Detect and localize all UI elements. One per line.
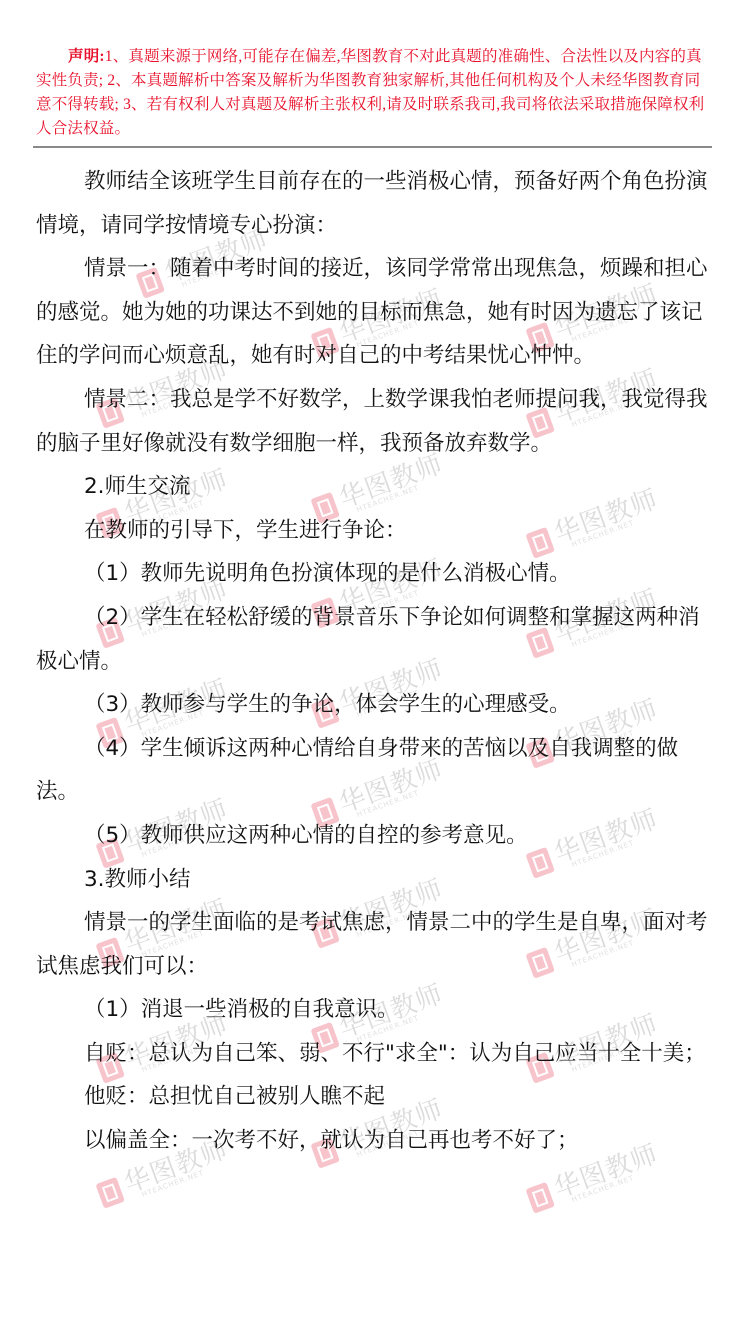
header-divider (33, 146, 712, 148)
section-heading-teacher-summary: 3.教师小结 (36, 858, 716, 902)
paragraph-overgeneralization: 以偏盖全：一次考不好，就认为自己再也考不好了； (36, 1119, 716, 1163)
watermark-subtext: HTEACHER.NET (141, 1169, 206, 1199)
list-item: （1）教师先说明角色扮演体现的是什么消极心情。 (36, 552, 716, 596)
list-item: （1）消退一些消极的自我意识。 (36, 988, 716, 1032)
disclaimer-text: 1、真题来源于网络,可能存在偏差,华图教育不对此真题的准确性、合法性以及内容的真… (36, 48, 704, 137)
list-item: （5）教师供应这两种心情的自控的参考意见。 (36, 814, 716, 858)
disclaimer-label: 声明: (68, 48, 105, 65)
paragraph-self-depreciation: 自贬：总认为自己笨、弱、不行"求全"：认为自己应当十全十美； (36, 1032, 716, 1076)
paragraph-discussion-intro: 在教师的引导下，学生进行争论： (36, 509, 716, 553)
paragraph-scenario-two: 情景二：我总是学不好数学，上数学课我怕老师提问我，我觉得我的脑子里好像就没有数学… (36, 378, 716, 465)
watermark-subtext: HTEACHER.NET (571, 1174, 636, 1204)
section-heading-teacher-student-exchange: 2.师生交流 (36, 465, 716, 509)
paragraph-intro: 教师结全该班学生目前存在的一些消极心情，预备好两个角色扮演情境，请同学按情境专心… (36, 160, 716, 247)
document-page: 华图教师 HTEACHER.NET 华图教师 HTEACHER.NET 华图教师… (0, 0, 748, 1335)
disclaimer: 声明:1、真题来源于网络,可能存在偏差,华图教育不对此真题的准确性、合法性以及内… (36, 45, 712, 141)
list-item: （2）学生在轻松舒缓的背景音乐下争论如何调整和掌握这两种消极心情。 (36, 596, 716, 683)
paragraph-other-depreciation: 他贬：总担忧自己被别人瞧不起 (36, 1075, 716, 1119)
paragraph-summary: 情景一的学生面临的是考试焦虑，情景二中的学生是自卑，面对考试焦虑我们可以： (36, 901, 716, 988)
list-item: （3）教师参与学生的争论，体会学生的心理感受。 (36, 683, 716, 727)
paragraph-scenario-one: 情景一：随着中考时间的接近，该同学常常出现焦急，烦躁和担心的感觉。她为她的功课达… (36, 247, 716, 378)
watermark-logo-icon (525, 1182, 555, 1214)
document-body: 教师结全该班学生目前存在的一些消极心情，预备好两个角色扮演情境，请同学按情境专心… (36, 160, 716, 1163)
list-item: （4）学生倾诉这两种心情给自身带来的苦恼以及自我调整的做法。 (36, 727, 716, 814)
watermark-logo-icon (95, 1177, 125, 1209)
